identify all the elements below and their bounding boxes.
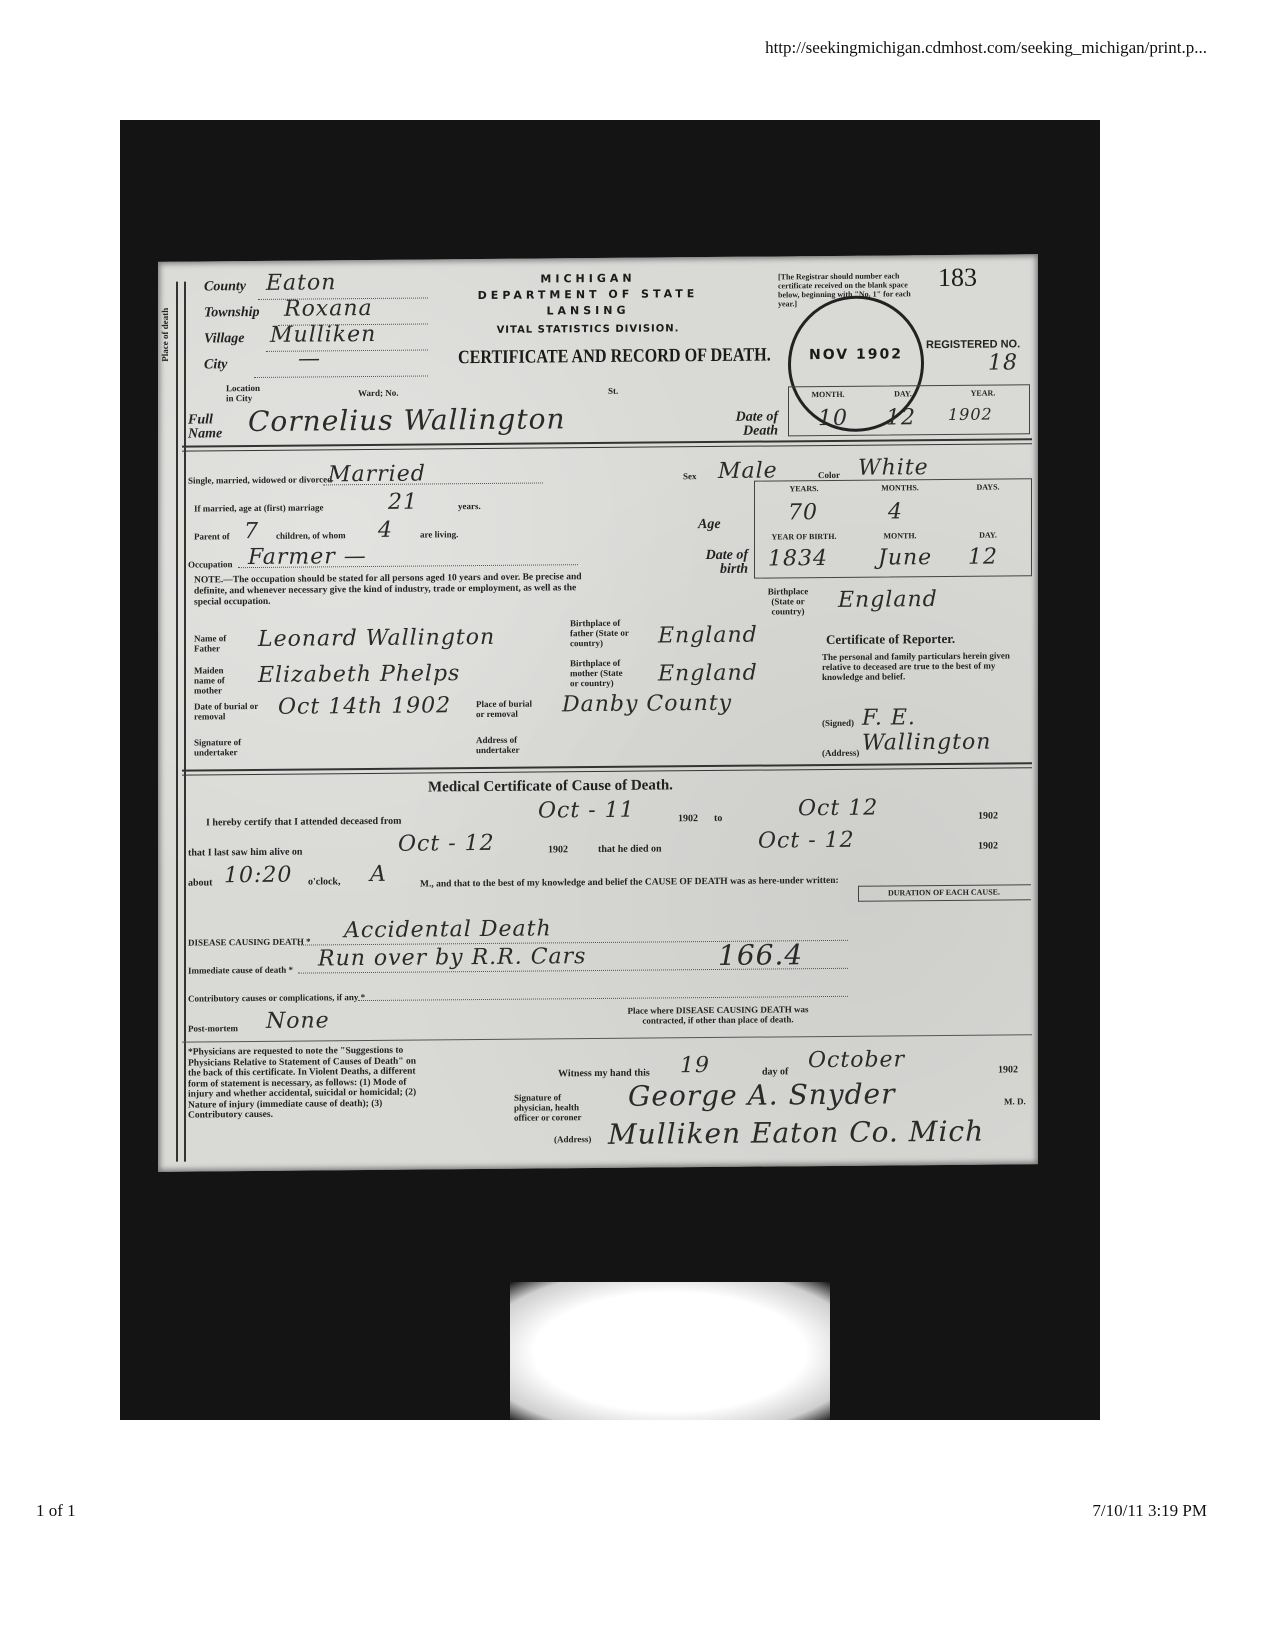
certificate-title: CERTIFICATE AND RECORD OF DEATH. <box>458 344 771 369</box>
immediate-cause-label: Immediate cause of death * <box>188 965 293 976</box>
birth-day-value: 12 <box>968 545 998 570</box>
am-pm-value: A <box>370 862 387 887</box>
reporter-signed-label: (Signed) <box>822 718 854 728</box>
registered-no-label: REGISTERED NO. <box>926 338 1020 351</box>
mother-name-value: Elizabeth Phelps <box>258 661 460 688</box>
death-month-value: 10 <box>818 406 848 431</box>
about-label: about <box>188 877 212 888</box>
sex-label: Sex <box>683 471 697 481</box>
location-in-city-label: Location in City <box>226 383 266 403</box>
post-mortem-value: None <box>266 1008 330 1034</box>
last-saw-year: 1902 <box>548 844 568 855</box>
post-mortem-label: Post-mortem <box>188 1023 238 1033</box>
children-of-whom-label: children, of whom <box>276 530 346 541</box>
last-saw-label: that I last saw him alive on <box>188 847 302 859</box>
died-label: that he died on <box>598 843 662 855</box>
age-first-marriage-value: 21 <box>388 490 418 515</box>
attended-label: I hereby certify that I attended decease… <box>206 816 401 829</box>
mother-birthplace-label: Birthplace of mother (State or country) <box>570 658 630 689</box>
burial-date-value: Oct 14th 1902 <box>278 693 451 720</box>
page-count: 1 of 1 <box>36 1501 76 1521</box>
place-contracted-label: Place where DISEASE CAUSING DEATH was co… <box>618 1004 818 1026</box>
day-of-label: day of <box>762 1066 788 1077</box>
birthplace-label: Birthplace (State or country) <box>758 586 818 617</box>
parent-of-label: Parent of <box>194 531 230 541</box>
color-label: Color <box>818 470 840 480</box>
township-value: Roxana <box>284 296 373 322</box>
md-label: M. D. <box>1004 1096 1026 1106</box>
date-of-birth-label: Date of birth <box>678 549 748 578</box>
village-value: Mulliken <box>270 322 376 348</box>
full-name-value: Cornelius Wallington <box>248 402 566 438</box>
birth-month-header: MONTH. <box>854 531 946 541</box>
stamp-text: NOV 1902 <box>791 346 921 363</box>
physician-address-label: (Address) <box>554 1134 591 1144</box>
death-year-value: 1902 <box>948 405 993 424</box>
witness-day-value: 19 <box>680 1053 710 1078</box>
color-value: White <box>858 455 929 481</box>
cause-code: 166.4 <box>718 938 803 972</box>
birth-day-header: DAY. <box>946 530 1030 540</box>
age-years-value: 70 <box>788 500 818 525</box>
attended-to-year: 1902 <box>978 811 998 822</box>
disease-causing-death-value: Accidental Death <box>344 916 552 943</box>
died-year: 1902 <box>978 841 998 852</box>
burial-place-value: Danby County <box>562 691 732 717</box>
birth-year-value: 1834 <box>768 546 828 572</box>
witness-label: Witness my hand this <box>558 1068 650 1080</box>
header-city: LANSING <box>488 303 688 318</box>
last-saw-value: Oct - 12 <box>398 831 495 857</box>
attended-to-value: Oct 12 <box>798 796 878 822</box>
township-label: Township <box>204 305 260 321</box>
contributory-causes-label: Contributory causes or complications, if… <box>188 992 365 1004</box>
father-birthplace-value: England <box>658 623 758 649</box>
burial-date-label: Date of burial or removal <box>194 701 264 722</box>
duration-header: DURATION OF EACH CAUSE. <box>858 887 1030 898</box>
died-on-value: Oct - 12 <box>758 828 855 854</box>
date-of-death-label: Date of Death <box>718 410 778 439</box>
reporter-text: The personal and family particulars here… <box>822 650 1032 682</box>
years-label: years. <box>458 501 481 511</box>
age-months-value: 4 <box>888 499 903 524</box>
reporter-title: Certificate of Reporter. <box>826 631 955 648</box>
birth-month-value: June <box>878 545 932 570</box>
header-state: MICHIGAN <box>488 271 688 286</box>
reporter-signature: F. E. Wallington <box>862 704 1038 756</box>
father-birthplace-label: Birthplace of father (State or country) <box>570 618 630 649</box>
place-of-death-side-label: Place of death <box>160 308 170 362</box>
microfilm-scan: Place of death County Eaton Township Rox… <box>120 120 1100 1420</box>
physician-note: *Physicians are requested to note the "S… <box>188 1045 428 1121</box>
undertaker-address-label: Address of undertaker <box>476 735 536 756</box>
age-first-marriage-label: If married, age at (first) marriage <box>194 502 323 513</box>
oclock-label: o'clock, <box>308 876 341 887</box>
birthplace-value: England <box>838 587 938 613</box>
age-label: Age <box>698 517 721 533</box>
registered-no-value: 18 <box>988 350 1018 375</box>
print-header-url: http://seekingmichigan.cdmhost.com/seeki… <box>765 38 1207 58</box>
death-day-value: 12 <box>886 405 916 430</box>
age-years-header: YEARS. <box>754 484 854 494</box>
age-days-header: DAYS. <box>946 482 1030 492</box>
village-label: Village <box>204 331 244 347</box>
death-certificate: Place of death County Eaton Township Rox… <box>158 254 1038 1172</box>
are-living-label: are living. <box>420 529 458 539</box>
children-count-value: 7 <box>244 519 259 544</box>
certificate-number: 183 <box>938 263 977 293</box>
mother-birthplace-value: England <box>658 661 758 687</box>
father-name-value: Leonard Wallington <box>258 625 495 652</box>
county-label: County <box>204 279 246 295</box>
age-months-header: MONTHS. <box>854 483 946 493</box>
city-label: City <box>204 357 227 373</box>
medical-certificate-title: Medical Certificate of Cause of Death. <box>428 777 673 796</box>
physician-address: Mulliken Eaton Co. Mich <box>608 1115 984 1151</box>
reporter-address-label: (Address) <box>822 748 859 758</box>
immediate-cause-value: Run over by R.R. Cars <box>318 944 586 971</box>
mother-name-label: Maiden name of mother <box>194 665 234 695</box>
time-value: 10:20 <box>224 863 292 889</box>
full-name-label: Full Name <box>188 413 228 441</box>
attended-from-year: 1902 <box>678 813 698 824</box>
death-day-header: DAY. <box>868 389 938 399</box>
death-month-header: MONTH. <box>788 390 868 400</box>
occupation-note: NOTE.—The occupation should be stated fo… <box>194 572 594 608</box>
to-label: to <box>714 813 722 824</box>
birth-year-header: YEAR OF BIRTH. <box>754 532 854 542</box>
header-division: VITAL STATISTICS DIVISION. <box>458 323 718 336</box>
print-timestamp: 7/10/11 3:19 PM <box>1092 1501 1207 1521</box>
attended-from-value: Oct - 11 <box>538 798 635 824</box>
header-department: DEPARTMENT OF STATE <box>458 287 718 302</box>
county-value: Eaton <box>266 270 336 296</box>
physician-signature: George A. Snyder <box>628 1077 896 1112</box>
marital-status-label: Single, married, widowed or divorced <box>188 474 332 485</box>
undertaker-signature-label: Signature of undertaker <box>194 737 254 758</box>
film-light-leak <box>510 1282 830 1420</box>
witness-month-value: October <box>808 1047 905 1073</box>
children-living-value: 4 <box>378 518 393 543</box>
burial-place-label: Place of burial or removal <box>476 699 536 720</box>
left-border-rule <box>176 282 186 1162</box>
ward-label: Ward; No. <box>358 388 399 398</box>
street-label: St. <box>608 386 618 396</box>
death-year-header: YEAR. <box>938 388 1028 398</box>
physician-signature-label: Signature of physician, health officer o… <box>514 1092 598 1123</box>
disease-causing-death-label: DISEASE CAUSING DEATH * <box>188 937 311 948</box>
witness-year: 1902 <box>998 1064 1018 1075</box>
city-value: — <box>298 346 321 371</box>
father-name-label: Name of Father <box>194 633 234 653</box>
occupation-label: Occupation <box>188 559 233 569</box>
